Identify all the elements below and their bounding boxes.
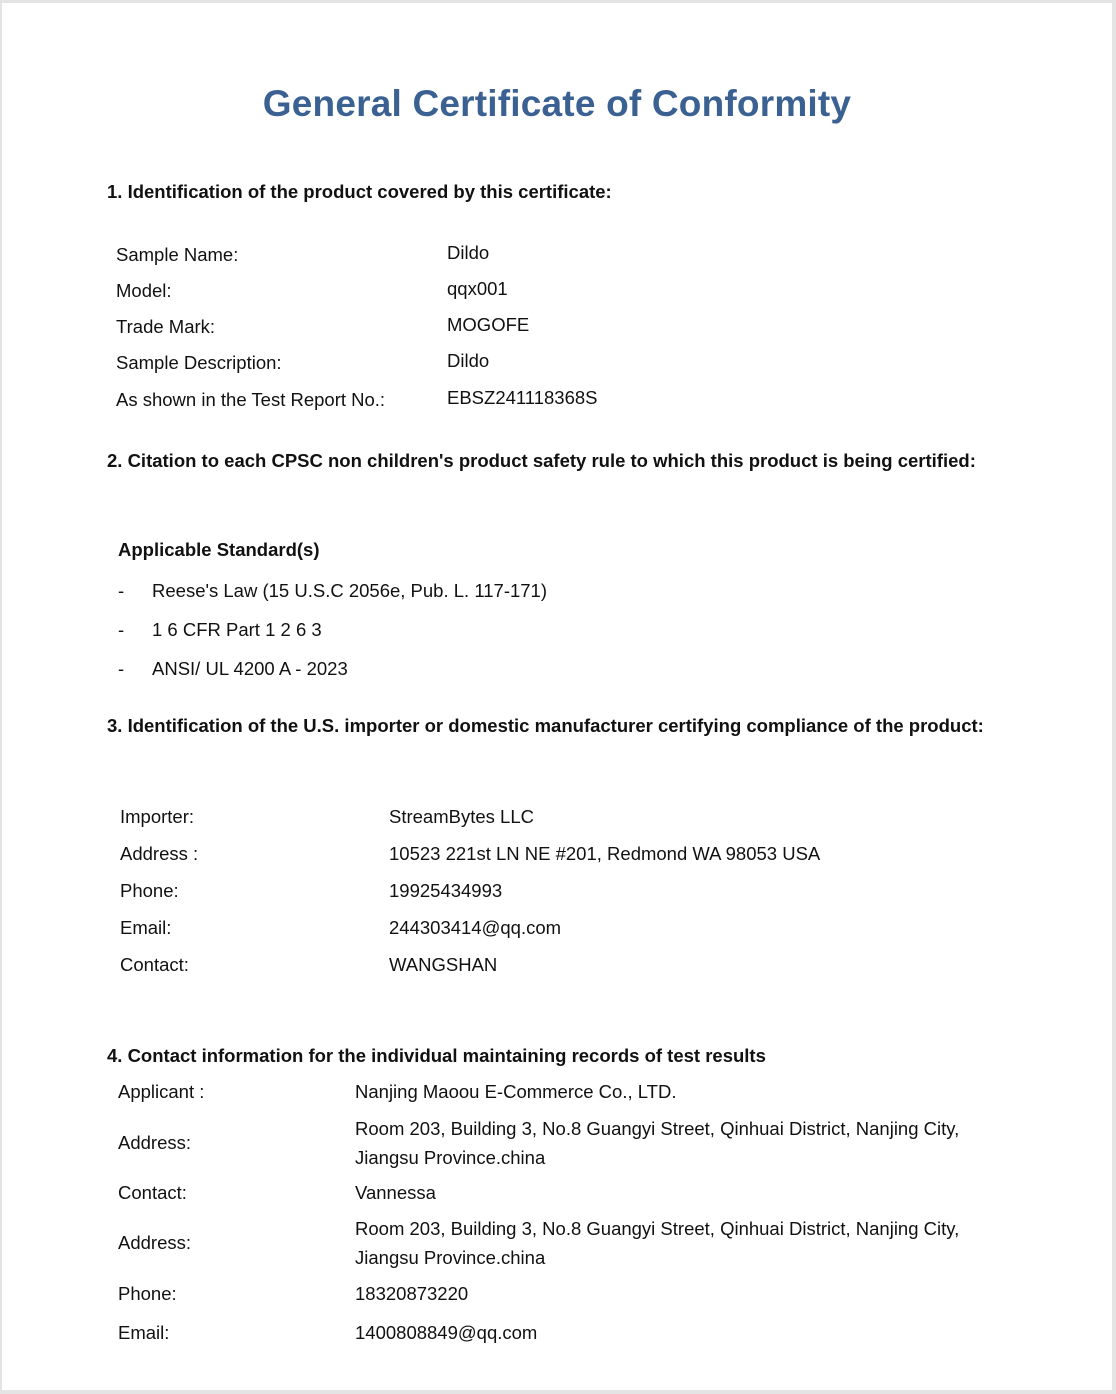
document-title: General Certificate of Conformity: [2, 83, 1112, 125]
field-value: Dildo: [447, 241, 489, 265]
field-label: Contact:: [118, 1181, 187, 1205]
standard-text: Reese's Law (15 U.S.C 2056e, Pub. L. 117…: [152, 580, 547, 602]
field-label: Email:: [118, 1321, 169, 1345]
field-label: Contact:: [120, 953, 189, 977]
field-label: Applicant :: [118, 1080, 204, 1104]
section-4-heading: 4. Contact information for the individua…: [107, 1041, 987, 1070]
field-label: Sample Description:: [116, 351, 282, 375]
standard-text: 1 6 CFR Part 1 2 6 3: [152, 619, 322, 641]
field-value: Dildo: [447, 349, 489, 373]
field-value: 19925434993: [389, 879, 502, 903]
field-value: StreamBytes LLC: [389, 805, 534, 829]
bullet: -: [118, 580, 124, 602]
field-label: Address:: [118, 1131, 191, 1155]
field-value: Nanjing Maoou E-Commerce Co., LTD.: [355, 1080, 676, 1104]
field-value: 10523 221st LN NE #201, Redmond WA 98053…: [389, 842, 820, 866]
field-value: EBSZ241118368S: [447, 386, 598, 410]
section-3-heading: 3. Identification of the U.S. importer o…: [107, 711, 987, 740]
field-value: 1400808849@qq.com: [355, 1321, 537, 1345]
field-label: Model:: [116, 279, 172, 303]
field-label: Sample Name:: [116, 243, 238, 267]
certificate-page: General Certificate of Conformity 1. Ide…: [2, 3, 1112, 1390]
standard-text: ANSI/ UL 4200 A - 2023: [152, 658, 348, 680]
field-value: Room 203, Building 3, No.8 Guangyi Stree…: [355, 1114, 1015, 1172]
field-label: Address :: [120, 842, 198, 866]
field-value: 244303414@qq.com: [389, 916, 561, 940]
field-value: 18320873220: [355, 1282, 468, 1306]
section-2-heading: 2. Citation to each CPSC non children's …: [107, 446, 987, 475]
field-label: Phone:: [118, 1282, 177, 1306]
field-value: MOGOFE: [447, 313, 529, 337]
field-label: Phone:: [120, 879, 179, 903]
applicable-standards-heading: Applicable Standard(s): [118, 539, 319, 561]
field-label: Trade Mark:: [116, 315, 215, 339]
field-label: Address:: [118, 1231, 191, 1255]
bullet: -: [118, 619, 124, 641]
field-label: Email:: [120, 916, 171, 940]
field-label: Importer:: [120, 805, 194, 829]
field-value: qqx001: [447, 277, 508, 301]
field-value: Room 203, Building 3, No.8 Guangyi Stree…: [355, 1214, 1015, 1272]
section-1-heading: 1. Identification of the product covered…: [107, 177, 987, 206]
field-value: Vannessa: [355, 1181, 436, 1205]
field-value: WANGSHAN: [389, 953, 497, 977]
field-label: As shown in the Test Report No.:: [116, 388, 385, 412]
bullet: -: [118, 658, 124, 680]
